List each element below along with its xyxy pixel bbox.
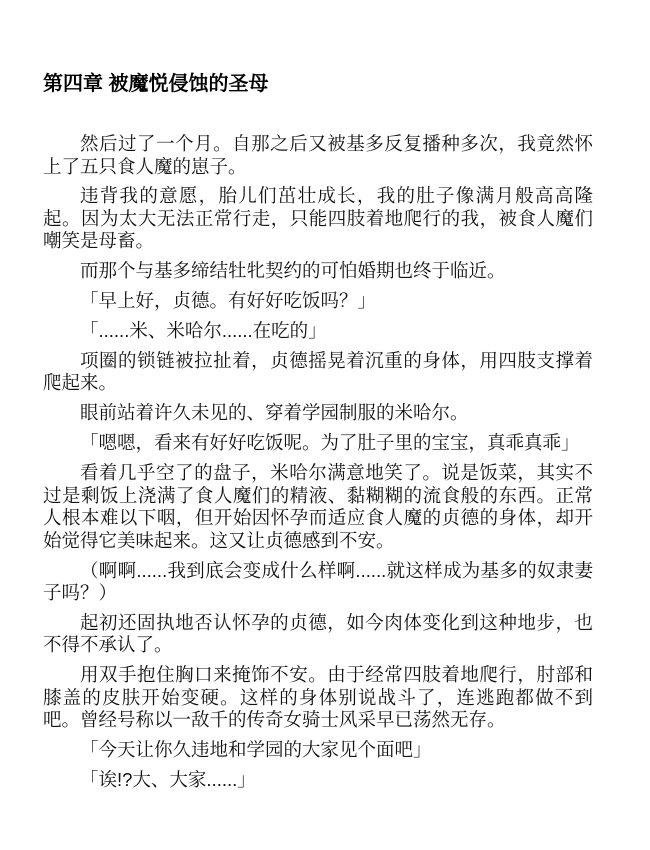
- chapter-title: 第四章 被魔悦侵蚀的圣母: [43, 71, 593, 97]
- paragraph: 「......米、米哈尔......在吃的」: [43, 320, 593, 343]
- paragraph: 而那个与基多缔结牡牝契约的可怕婚期也终于临近。: [43, 260, 593, 283]
- paragraph: 「今天让你久违地和学园的大家见个面吧」: [43, 739, 593, 762]
- paragraph: 起初还固执地否认怀孕的贞德，如今肉体变化到这种地步，也不得不承认了。: [43, 612, 593, 657]
- paragraph: 项圈的锁链被拉扯着，贞德摇晃着沉重的身体，用四肢支撑着爬起来。: [43, 350, 593, 395]
- page-content: 第四章 被魔悦侵蚀的圣母 然后过了一个月。自那之后又被基多反复播种多次，我竟然怀…: [43, 71, 593, 792]
- paragraph: 然后过了一个月。自那之后又被基多反复播种多次，我竟然怀上了五只食人魔的崽子。: [43, 133, 593, 178]
- paragraph: （啊啊......我到底会变成什么样啊......就这样成为基多的奴隶妻子吗？）: [43, 560, 593, 605]
- paragraph: 看着几乎空了的盘子，米哈尔满意地笑了。说是饭菜，其实不过是剩饭上浇满了食人魔们的…: [43, 462, 593, 552]
- chapter-body: 然后过了一个月。自那之后又被基多反复播种多次，我竟然怀上了五只食人魔的崽子。 违…: [43, 133, 593, 792]
- document-page: 第四章 被魔悦侵蚀的圣母 然后过了一个月。自那之后又被基多反复播种多次，我竟然怀…: [0, 0, 650, 850]
- paragraph: 「嗯嗯，看来有好好吃饭呢。为了肚子里的宝宝，真乖真乖」: [43, 432, 593, 455]
- paragraph: 「早上好，贞德。有好好吃饭吗？」: [43, 290, 593, 313]
- paragraph: 「诶!?大、大家......」: [43, 769, 593, 792]
- paragraph: 违背我的意愿，胎儿们茁壮成长，我的肚子像满月般高高隆起。因为太大无法正常行走，只…: [43, 185, 593, 253]
- paragraph: 眼前站着许久未见的、穿着学园制服的米哈尔。: [43, 402, 593, 425]
- paragraph: 用双手抱住胸口来掩饰不安。由于经常四肢着地爬行，肘部和膝盖的皮肤开始变硬。这样的…: [43, 664, 593, 732]
